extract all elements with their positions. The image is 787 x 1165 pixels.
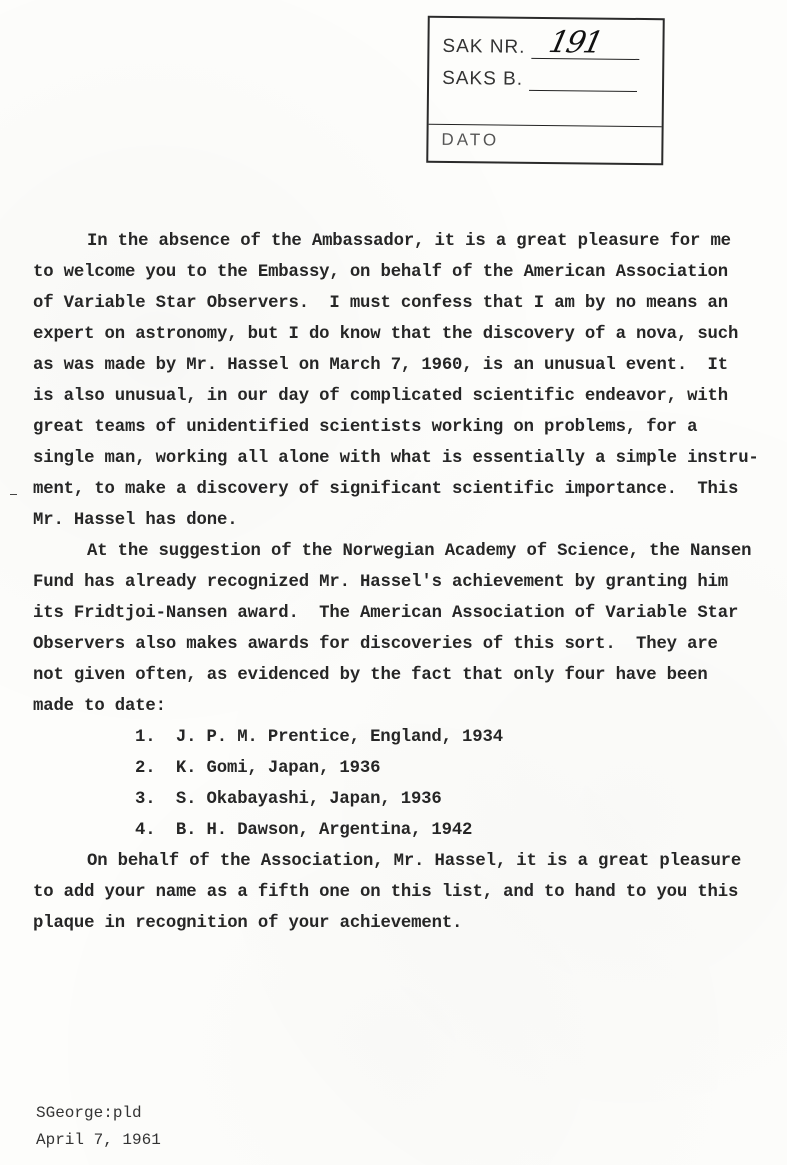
award-list: 1. J. P. M. Prentice, England, 1934 2. K… [33, 722, 773, 846]
stamp-sak-nr-label: SAK NR. [442, 36, 525, 59]
award-list-item: 3. S. Okabayashi, Japan, 1936 [33, 784, 773, 815]
text-line: ment, to make a discovery of significant… [33, 474, 773, 505]
stamp-saks-b-field [529, 70, 637, 92]
text-line: Observers also makes awards for discover… [33, 629, 773, 660]
text-line: single man, working all alone with what … [33, 443, 773, 474]
stamp-saks-b-label: SAKS B. [442, 68, 523, 91]
margin-mark [10, 494, 17, 495]
text-line: to welcome you to the Embassy, on behalf… [33, 257, 773, 288]
document-date: April 7, 1961 [36, 1127, 161, 1154]
paragraph-3: On behalf of the Association, Mr. Hassel… [33, 846, 773, 939]
stamp-saks-b-row: SAKS B. [442, 68, 637, 92]
text-line: expert on astronomy, but I do know that … [33, 319, 773, 350]
stamp-divider [429, 124, 662, 127]
registry-stamp: SAK NR. 191 SAKS B. DATO [426, 16, 665, 165]
letter-body: In the absence of the Ambassador, it is … [33, 226, 773, 939]
text-line: not given often, as evidenced by the fac… [33, 660, 773, 691]
stamp-dato-label: DATO [441, 130, 499, 151]
text-line: plaque in recognition of your achievemen… [33, 908, 773, 939]
text-line: great teams of unidentified scientists w… [33, 412, 773, 443]
stamp-sak-nr-value: 191 [546, 25, 605, 60]
paragraph-2: At the suggestion of the Norwegian Acade… [33, 536, 773, 722]
text-line: of Variable Star Observers. I must confe… [33, 288, 773, 319]
award-list-item: 4. B. H. Dawson, Argentina, 1942 [33, 815, 773, 846]
text-line: At the suggestion of the Norwegian Acade… [33, 536, 773, 567]
text-line: In the absence of the Ambassador, it is … [33, 226, 773, 257]
text-line: to add your name as a fifth one on this … [33, 877, 773, 908]
text-line: On behalf of the Association, Mr. Hassel… [33, 846, 773, 877]
stamp-sak-nr-field: 191 [531, 38, 639, 60]
document-footer: SGeorge:pld April 7, 1961 [36, 1100, 161, 1154]
text-line: made to date: [33, 691, 773, 722]
text-line: its Fridtjoi-Nansen award. The American … [33, 598, 773, 629]
text-line: is also unusual, in our day of complicat… [33, 381, 773, 412]
award-list-item: 1. J. P. M. Prentice, England, 1934 [33, 722, 773, 753]
text-line: Mr. Hassel has done. [33, 505, 773, 536]
text-line: as was made by Mr. Hassel on March 7, 19… [33, 350, 773, 381]
award-list-item: 2. K. Gomi, Japan, 1936 [33, 753, 773, 784]
stamp-sak-nr-row: SAK NR. 191 [442, 36, 639, 60]
text-line: Fund has already recognized Mr. Hassel's… [33, 567, 773, 598]
reference-initials: SGeorge:pld [36, 1100, 161, 1127]
paragraph-1: In the absence of the Ambassador, it is … [33, 226, 773, 536]
stamp-dato-row: DATO [441, 130, 499, 151]
